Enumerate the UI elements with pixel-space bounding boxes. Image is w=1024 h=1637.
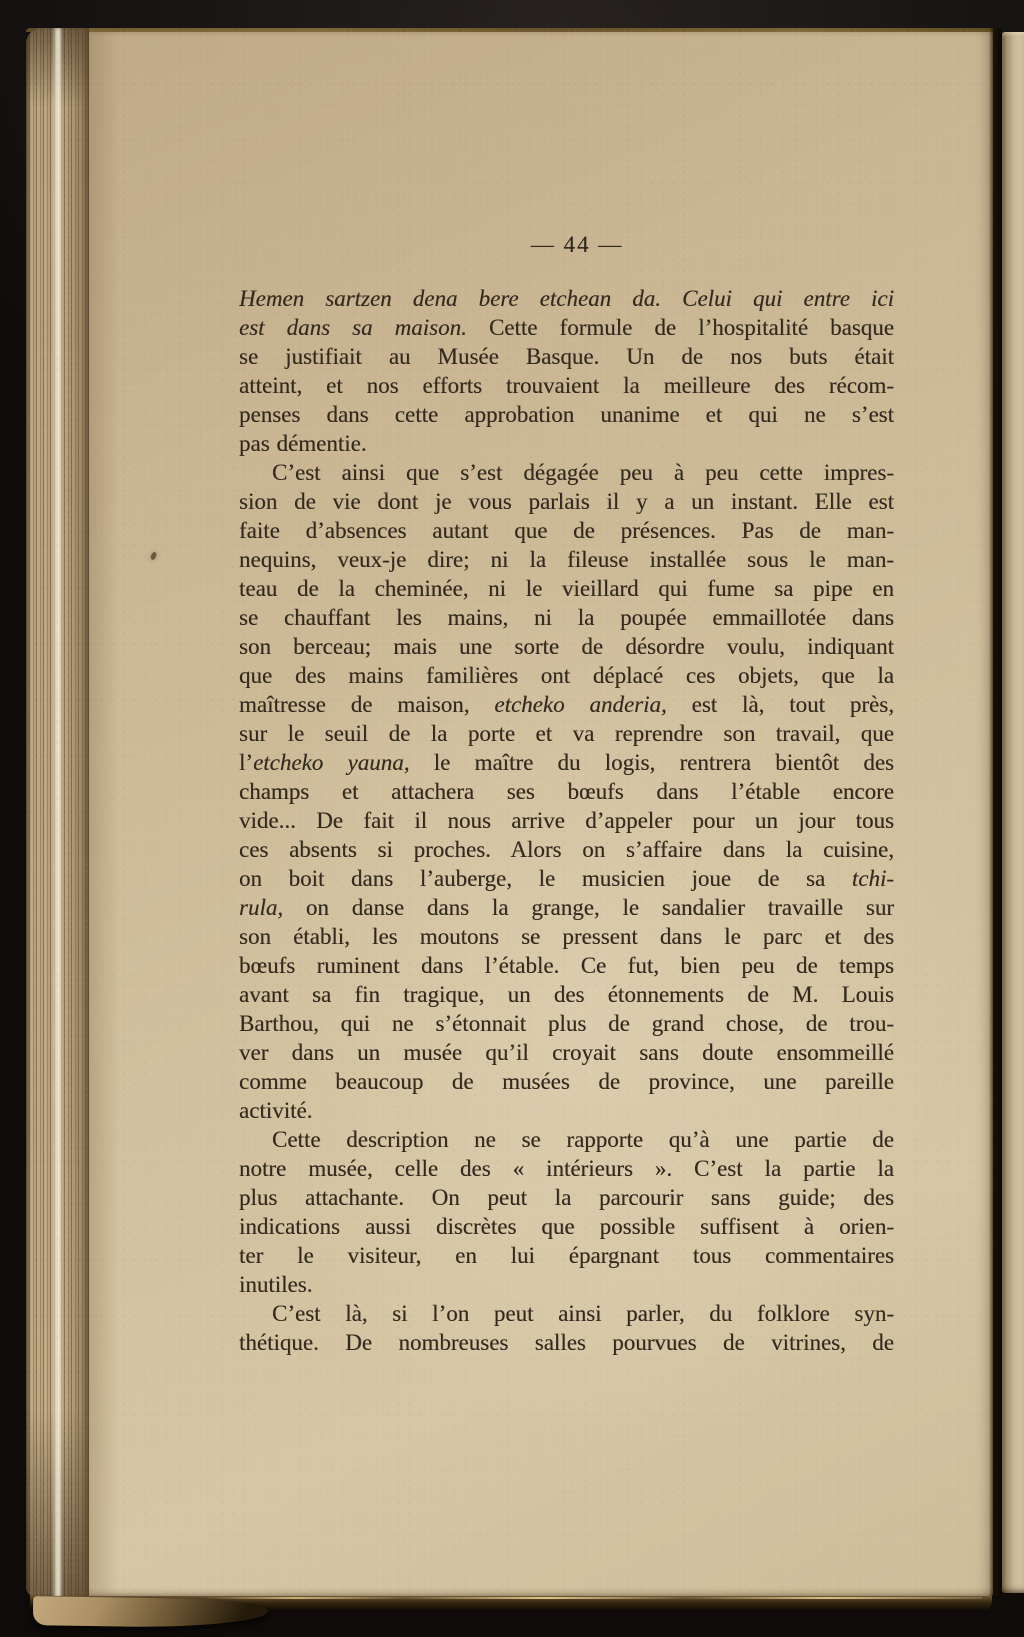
text-segment: Cette description ne se rapporte qu’à un…	[272, 1127, 894, 1152]
text-line: avant sa fin tragique, un des étonnement…	[239, 980, 894, 1009]
text-line: son établi, les moutons se pressent dans…	[239, 922, 894, 951]
text-line: inutiles.	[239, 1270, 894, 1299]
text-line: thétique. De nombreuses salles pourvues …	[239, 1328, 894, 1357]
text-segment: son berceau; mais une sorte de désordre …	[239, 634, 894, 659]
stain-speck	[150, 551, 157, 560]
page-edge-stack	[26, 28, 89, 1598]
text-line: se chauffant les mains, ni la poupée emm…	[239, 603, 894, 632]
text-segment: se chauffant les mains, ni la poupée emm…	[239, 605, 894, 630]
text-line: se justifiait au Musée Basque. Un de nos…	[239, 342, 894, 371]
text-line: pas démentie.	[239, 429, 894, 458]
text-line: ver dans un musée qu’il croyait sans dou…	[239, 1038, 894, 1067]
text-segment: ces absents si proches. Alors on s’affai…	[239, 837, 894, 862]
text-line: faite d’absences autant que de présences…	[239, 516, 894, 545]
text-line: ter le visiteur, en lui épargnant tous c…	[239, 1241, 894, 1270]
text-segment: ter le visiteur, en lui épargnant tous c…	[239, 1243, 894, 1268]
text-line: activité.	[239, 1096, 894, 1125]
text-segment: bœufs ruminent dans l’étable. Ce fut, bi…	[239, 953, 894, 978]
text-line: l’etcheko yauna, le maître du logis, ren…	[239, 748, 894, 777]
text-line: maîtresse de maison, etcheko anderia, es…	[239, 690, 894, 719]
text-segment: pas démentie.	[239, 431, 367, 456]
text-segment: le maître du logis, rentrera bientôt des	[409, 750, 894, 775]
book-photo: — 44 — Hemen sartzen dena bere etchean d…	[0, 0, 1024, 1637]
text-segment: thétique. De nombreuses salles pourvues …	[239, 1330, 894, 1355]
text-line: Hemen sartzen dena bere etchean da. Celu…	[239, 284, 894, 313]
text-line: bœufs ruminent dans l’étable. Ce fut, bi…	[239, 951, 894, 980]
text-line: penses dans cette approbation unanime et…	[239, 400, 894, 429]
text-segment: sur le seuil de la porte et va reprendre…	[239, 721, 894, 746]
text-line: sion de vie dont je vous parlais il y a …	[239, 487, 894, 516]
italic-text-segment: tchi-	[852, 866, 894, 891]
text-segment: indications aussi discrètes que possible…	[239, 1214, 894, 1239]
italic-text-segment: etcheko anderia,	[494, 692, 666, 717]
gutter-shadow	[989, 28, 1002, 1596]
italic-text-segment: est dans sa maison.	[239, 315, 489, 340]
text-line: sur le seuil de la porte et va reprendre…	[239, 719, 894, 748]
cover-tip	[33, 1596, 268, 1629]
text-segment: Cette formule de l’hospitalité basque	[489, 315, 894, 340]
text-segment: inutiles.	[239, 1272, 312, 1297]
text-segment: champs et attachera ses bœufs dans l’éta…	[239, 779, 894, 804]
text-segment: que des mains familières ont déplacé ces…	[239, 663, 894, 688]
text-segment: avant sa fin tragique, un des étonnement…	[239, 982, 894, 1007]
text-line: on boit dans l’auberge, le musicien joue…	[239, 864, 894, 893]
text-line: ces absents si proches. Alors on s’affai…	[239, 835, 894, 864]
text-line: teau de la cheminée, ni le vieillard qui…	[239, 574, 894, 603]
text-segment: Barthou, qui ne s’étonnait plus de grand…	[239, 1011, 894, 1036]
text-segment: C’est là, si l’on peut ainsi parler, du …	[272, 1301, 894, 1326]
text-segment: son établi, les moutons se pressent dans…	[239, 924, 894, 949]
text-segment: C’est ainsi que s’est dégagée peu à peu …	[272, 460, 894, 485]
text-segment: l’	[239, 750, 253, 775]
text-line: nequins, veux-je dire; ni la fileuse ins…	[239, 545, 894, 574]
text-line: atteint, et nos efforts trouvaient la me…	[239, 371, 894, 400]
text-line: vide... De fait il nous arrive d’appeler…	[239, 806, 894, 835]
book-page: — 44 — Hemen sartzen dena bere etchean d…	[26, 28, 993, 1598]
text-line: champs et attachera ses bœufs dans l’éta…	[239, 777, 894, 806]
text-line: plus attachante. On peut la parcourir sa…	[239, 1183, 894, 1212]
text-segment: comme beaucoup de musées de province, un…	[239, 1069, 894, 1094]
text-segment: plus attachante. On peut la parcourir sa…	[239, 1185, 894, 1210]
page-text: Hemen sartzen dena bere etchean da. Celu…	[239, 284, 894, 1357]
text-segment: maîtresse de maison,	[239, 692, 494, 717]
text-line: C’est là, si l’on peut ainsi parler, du …	[239, 1299, 894, 1328]
text-line: C’est ainsi que s’est dégagée peu à peu …	[239, 458, 894, 487]
italic-text-segment: rula,	[239, 895, 283, 920]
text-segment: vide... De fait il nous arrive d’appeler…	[239, 808, 894, 833]
text-line: indications aussi discrètes que possible…	[239, 1212, 894, 1241]
italic-text-segment: etcheko yauna,	[253, 750, 409, 775]
text-segment: est là, tout près,	[667, 692, 894, 717]
text-line: Barthou, qui ne s’étonnait plus de grand…	[239, 1009, 894, 1038]
text-line: est dans sa maison. Cette formule de l’h…	[239, 313, 894, 342]
page-number: — 44 —	[267, 230, 887, 259]
text-segment: activité.	[239, 1098, 312, 1123]
text-segment: notre musée, celle des « intérieurs ». C…	[239, 1156, 894, 1181]
text-segment: on danse dans la grange, le sandalier tr…	[283, 895, 894, 920]
right-page-sliver	[1002, 32, 1024, 1593]
text-segment: se justifiait au Musée Basque. Un de nos…	[239, 344, 894, 369]
text-line: rula, on danse dans la grange, le sandal…	[239, 893, 894, 922]
text-line: que des mains familières ont déplacé ces…	[239, 661, 894, 690]
page-edge-fade	[89, 28, 119, 1598]
text-segment: sion de vie dont je vous parlais il y a …	[239, 489, 894, 514]
text-segment: atteint, et nos efforts trouvaient la me…	[239, 373, 894, 398]
text-segment: teau de la cheminée, ni le vieillard qui…	[239, 576, 894, 601]
text-line: son berceau; mais une sorte de désordre …	[239, 632, 894, 661]
italic-text-segment: Hemen sartzen dena bere etchean da. Celu…	[239, 286, 894, 311]
text-segment: nequins, veux-je dire; ni la fileuse ins…	[239, 547, 894, 572]
text-segment: penses dans cette approbation unanime et…	[239, 402, 894, 427]
text-line: comme beaucoup de musées de province, un…	[239, 1067, 894, 1096]
text-line: Cette description ne se rapporte qu’à un…	[239, 1125, 894, 1154]
text-segment: ver dans un musée qu’il croyait sans dou…	[239, 1040, 894, 1065]
text-segment: on boit dans l’auberge, le musicien joue…	[239, 866, 852, 891]
text-line: notre musée, celle des « intérieurs ». C…	[239, 1154, 894, 1183]
text-segment: faite d’absences autant que de présences…	[239, 518, 894, 543]
